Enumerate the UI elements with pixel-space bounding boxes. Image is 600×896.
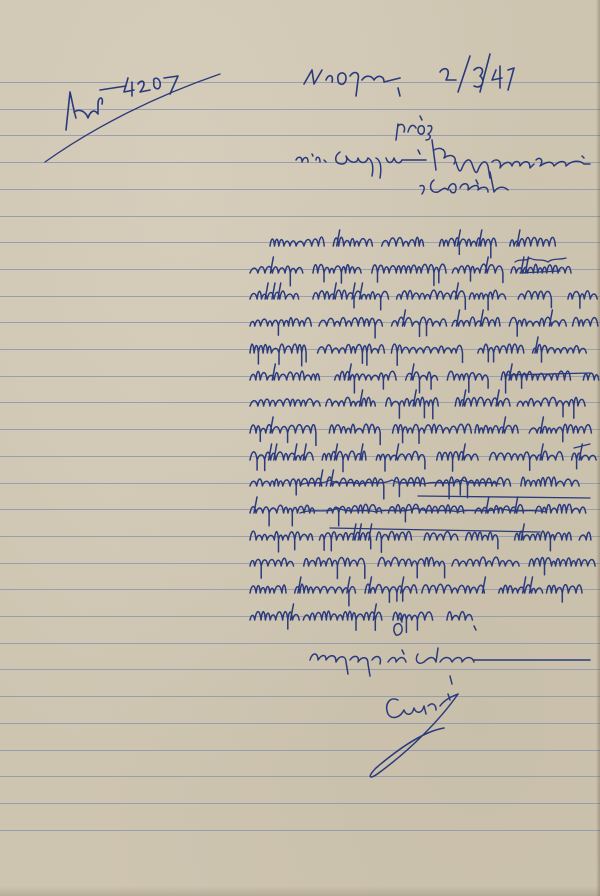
- paper-edge-shadow: [596, 0, 600, 896]
- paper-bottom-shadow: [0, 886, 600, 896]
- letter-page: Αρ. 4207 Λευκωσία 2/9/47 πρός τον κ. Γεω…: [0, 0, 600, 896]
